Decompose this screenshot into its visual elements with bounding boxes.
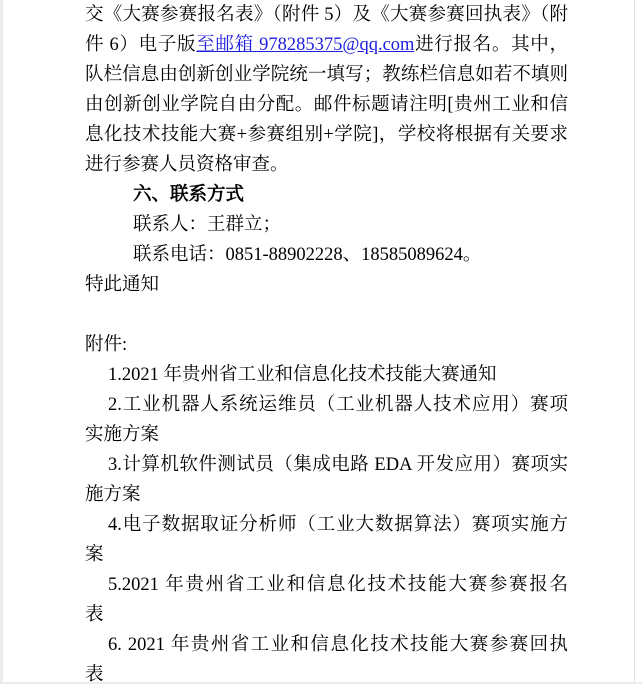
contact-phone-line: 联系电话：0851-88902228、18585089624。 bbox=[85, 240, 568, 270]
document-viewport: { "page": { "background_color": "#ffffff… bbox=[0, 0, 642, 684]
page-edge-right bbox=[634, 0, 635, 684]
para-text-before-link: 件 6）电子版 bbox=[85, 35, 196, 55]
contact-person-line: 联系人：王群立； bbox=[85, 210, 568, 240]
attachment-item-3-continuation: 施方案 bbox=[85, 480, 568, 510]
section-heading-contact: 六、联系方式 bbox=[85, 180, 568, 210]
document-body: 交《大赛参赛报名表》（附件 5）及《大赛参赛回执表》（附 件 6）电子版至邮箱 … bbox=[85, 0, 568, 684]
notice-closing-line: 特此通知 bbox=[85, 270, 568, 300]
attachment-item-1: 1.2021 年贵州省工业和信息化技术技能大赛通知 bbox=[85, 360, 568, 390]
email-link[interactable]: 至邮箱 978285375@qq.com bbox=[196, 35, 414, 55]
attachment-item-4-continuation: 案 bbox=[85, 540, 568, 570]
attachment-item-6-continuation: 表 bbox=[85, 660, 568, 684]
document-page: 交《大赛参赛报名表》（附件 5）及《大赛参赛回执表》（附 件 6）电子版至邮箱 … bbox=[0, 0, 642, 684]
para-registration-line-5: 息化技术技能大赛+参赛组别+学院]，学校将根据有关要求 bbox=[85, 120, 568, 150]
attachment-item-2: 2.工业机器人系统运维员（工业机器人技术应用）赛项 bbox=[85, 390, 568, 420]
attachment-item-5: 5.2021 年贵州省工业和信息化技术技能大赛参赛报名 bbox=[85, 570, 568, 600]
attachment-item-4: 4.电子数据取证分析师（工业大数据算法）赛项实施方 bbox=[85, 510, 568, 540]
para-registration-line-3: 队栏信息由创新创业学院统一填写；教练栏信息如若不填则 bbox=[85, 60, 568, 90]
para-registration-line-4: 由创新创业学院自由分配。邮件标题请注明[贵州工业和信 bbox=[85, 90, 568, 120]
attachment-item-2-continuation: 实施方案 bbox=[85, 420, 568, 450]
attachment-item-6: 6. 2021 年贵州省工业和信息化技术技能大赛参赛回执 bbox=[85, 630, 568, 660]
blank-line bbox=[85, 300, 568, 330]
page-edge-left bbox=[0, 0, 3, 684]
attachments-label: 附件: bbox=[85, 330, 568, 360]
attachment-item-3: 3.计算机软件测试员（集成电路 EDA 开发应用）赛项实 bbox=[85, 450, 568, 480]
attachment-item-5-continuation: 表 bbox=[85, 600, 568, 630]
para-registration-line-2: 件 6）电子版至邮箱 978285375@qq.com进行报名。其中，领 bbox=[85, 30, 568, 60]
para-registration-line-6: 进行参赛人员资格审查。 bbox=[85, 150, 568, 180]
para-registration-line-1: 交《大赛参赛报名表》（附件 5）及《大赛参赛回执表》（附 bbox=[85, 0, 568, 30]
